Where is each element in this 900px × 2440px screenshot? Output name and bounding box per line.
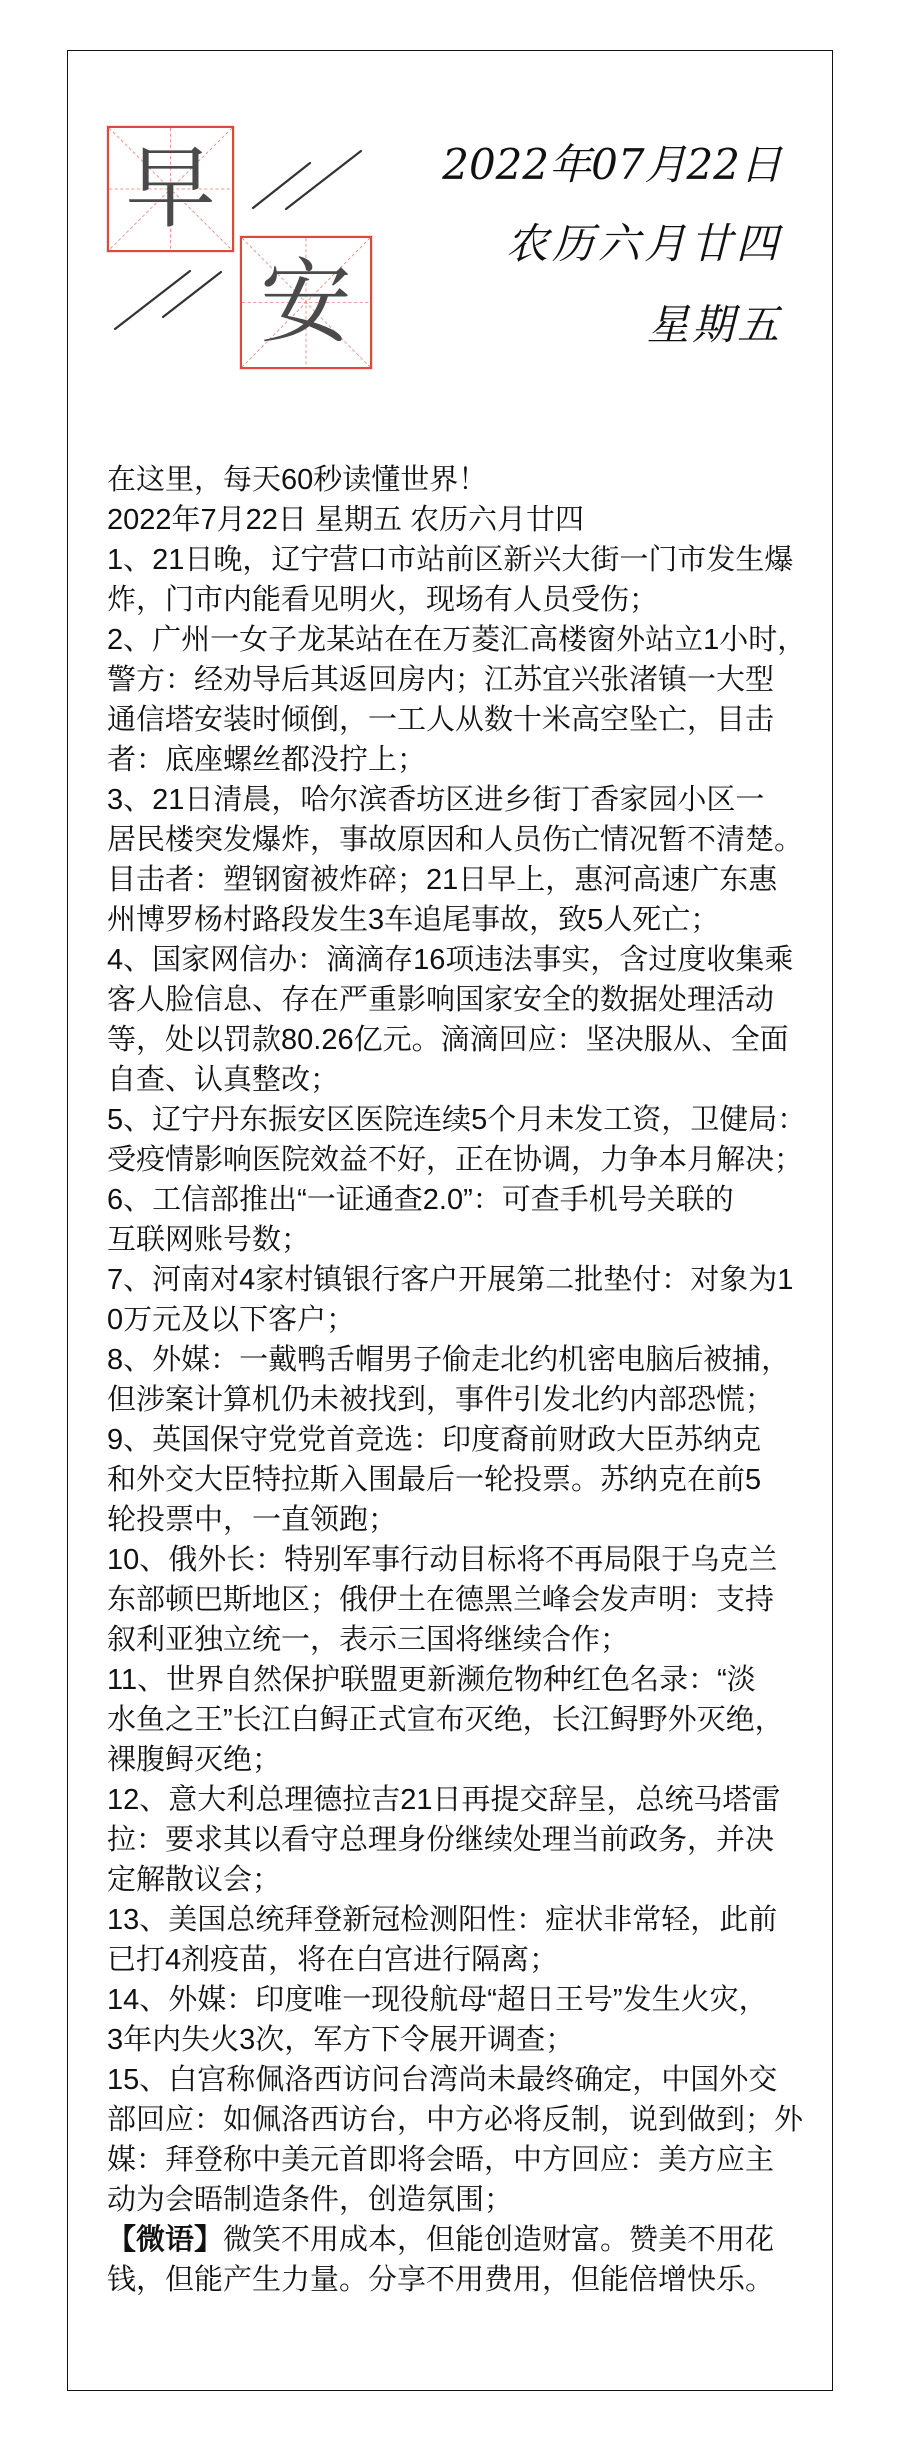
news-item-9: 9、英国保守党党首竞选：印度裔前财政大臣苏纳克 和外交大臣特拉斯入围最后一轮投票… [107, 1420, 806, 1540]
news-line: 叙利亚独立统一，表示三国将继续合作； [107, 1620, 806, 1660]
news-item-6: 6、工信部推出“一证通查2.0”：可查手机号关联的 互联网账号数； [107, 1180, 806, 1260]
news-item-1: 1、21日晚，辽宁营口市站前区新兴大街一门市发生爆 炸，门市内能看见明火，现场有… [107, 540, 806, 620]
news-line: 14、外媒：印度唯一现役航母“超日王号”发生火灾， [107, 1980, 806, 2020]
news-line: 0万元及以下客户； [107, 1300, 806, 1340]
news-item-4: 4、国家网信办：滴滴存16项违法事实，含过度收集乘 客人脸信息、存在严重影响国家… [107, 940, 806, 1100]
news-line: 部回应：如佩洛西访台，中方必将反制，说到做到；外 [107, 2100, 806, 2140]
news-line: 6、工信部推出“一证通查2.0”：可查手机号关联的 [107, 1180, 806, 1220]
news-line: 受疫情影响医院效益不好，正在协调，力争本月解决； [107, 1140, 806, 1180]
news-item-10: 10、俄外长：特别军事行动目标将不再局限于乌克兰 东部顿巴斯地区；俄伊土在德黑兰… [107, 1540, 806, 1660]
news-line: 13、美国总统拜登新冠检测阳性：症状非常轻，此前 [107, 1900, 806, 1940]
news-line: 通信塔安装时倾倒，一工人从数十米高空坠亡，目击 [107, 700, 806, 740]
news-line: 轮投票中，一直领跑； [107, 1500, 806, 1540]
greeting-grid-box-zao: 早 [107, 126, 234, 252]
quote-line: 【微语】微笑不用成本，但能创造财富。赞美不用花 [107, 2220, 806, 2260]
quote-text: 微笑不用成本，但能创造财富。赞美不用花 [223, 2224, 774, 2256]
news-line: 州博罗杨村路段发生3车追尾事故，致5人死亡； [107, 900, 806, 940]
news-item-12: 12、意大利总理德拉吉21日再提交辞呈，总统马塔雷 拉：要求其以看守总理身份继续… [107, 1780, 806, 1900]
news-line: 裸腹鲟灭绝； [107, 1740, 806, 1780]
news-line: 11、世界自然保护联盟更新濒危物种红色名录：“淡 [107, 1660, 806, 1700]
solar-date: 2022年07月22日 [442, 140, 782, 190]
news-line: 目击者：塑钢窗被炸碎；21日早上，惠河高速广东惠 [107, 860, 806, 900]
news-item-3: 3、21日清晨，哈尔滨香坊区进乡街丁香家园小区一 居民楼突发爆炸，事故原因和人员… [107, 780, 806, 940]
news-item-13: 13、美国总统拜登新冠检测阳性：症状非常轻，此前 已打4剂疫苗，将在白宫进行隔离… [107, 1900, 806, 1980]
news-line: 炸，门市内能看见明火，现场有人员受伤； [107, 580, 806, 620]
news-line: 1、21日晚，辽宁营口市站前区新兴大街一门市发生爆 [107, 540, 806, 580]
lunar-date: 农历六月廿四 [506, 219, 782, 269]
news-line: 动为会晤制造条件，创造氛围； [107, 2180, 806, 2220]
news-line: 警方：经劝导后其返回房内；江苏宜兴张渚镇一大型 [107, 660, 806, 700]
news-line: 3年内失火3次，军方下令展开调查； [107, 2020, 806, 2060]
news-item-7: 7、河南对4家村镇银行客户开展第二批垫付：对象为1 0万元及以下客户； [107, 1260, 806, 1340]
intro-line: 在这里，每天60秒读懂世界！ [107, 460, 806, 500]
news-line: 水鱼之王”长江白鲟正式宣布灭绝，长江鲟野外灭绝， [107, 1700, 806, 1740]
weekday: 星期五 [647, 300, 782, 350]
news-line: 东部顿巴斯地区；俄伊土在德黑兰峰会发声明：支持 [107, 1580, 806, 1620]
date-line: 2022年7月22日 星期五 农历六月廿四 [107, 500, 806, 540]
news-line: 居民楼突发爆炸，事故原因和人员伤亡情况暂不清楚。 [107, 820, 806, 860]
news-line: 等，处以罚款80.26亿元。滴滴回应：坚决服从、全面 [107, 1020, 806, 1060]
news-line: 者：底座螺丝都没拧上； [107, 740, 806, 780]
news-item-2: 2、广州一女子龙某站在在万菱汇高楼窗外站立1小时， 警方：经劝导后其返回房内；江… [107, 620, 806, 780]
news-line: 定解散议会； [107, 1860, 806, 1900]
news-line: 已打4剂疫苗，将在白宫进行隔离； [107, 1940, 806, 1980]
news-item-15: 15、白宫称佩洛西访问台湾尚未最终确定，中国外交 部回应：如佩洛西访台，中方必将… [107, 2060, 806, 2220]
news-line: 10、俄外长：特别军事行动目标将不再局限于乌克兰 [107, 1540, 806, 1580]
news-line: 15、白宫称佩洛西访问台湾尚未最终确定，中国外交 [107, 2060, 806, 2100]
news-item-11: 11、世界自然保护联盟更新濒危物种红色名录：“淡 水鱼之王”长江白鲟正式宣布灭绝… [107, 1660, 806, 1780]
news-line: 8、外媒：一戴鸭舌帽男子偷走北约机密电脑后被捕， [107, 1340, 806, 1380]
news-line: 9、英国保守党党首竞选：印度裔前财政大臣苏纳克 [107, 1420, 806, 1460]
news-body: 在这里，每天60秒读懂世界！ 2022年7月22日 星期五 农历六月廿四 1、2… [107, 460, 806, 2300]
news-line: 互联网账号数； [107, 1220, 806, 1260]
news-item-14: 14、外媒：印度唯一现役航母“超日王号”发生火灾， 3年内失火3次，军方下令展开… [107, 1980, 806, 2060]
news-item-8: 8、外媒：一戴鸭舌帽男子偷走北约机密电脑后被捕， 但涉案计算机仍未被找到，事件引… [107, 1340, 806, 1420]
news-line: 7、河南对4家村镇银行客户开展第二批垫付：对象为1 [107, 1260, 806, 1300]
news-line: 但涉案计算机仍未被找到，事件引发北约内部恐慌； [107, 1380, 806, 1420]
greeting-char-an: 安 [242, 238, 370, 367]
news-line: 拉：要求其以看守总理身份继续处理当前政务，并决 [107, 1820, 806, 1860]
greeting-grid-box-an: 安 [240, 236, 372, 369]
daily-quote: 【微语】微笑不用成本，但能创造财富。赞美不用花 钱，但能产生力量。分享不用费用，… [107, 2220, 806, 2300]
news-line: 5、辽宁丹东振安区医院连续5个月未发工资，卫健局： [107, 1100, 806, 1140]
news-line: 3、21日清晨，哈尔滨香坊区进乡街丁香家园小区一 [107, 780, 806, 820]
quote-label: 【微语】 [107, 2224, 223, 2256]
news-line: 媒：拜登称中美元首即将会晤，中方回应：美方应主 [107, 2140, 806, 2180]
news-line: 客人脸信息、存在严重影响国家安全的数据处理活动 [107, 980, 806, 1020]
news-line: 自查、认真整改； [107, 1060, 806, 1100]
news-line: 4、国家网信办：滴滴存16项违法事实，含过度收集乘 [107, 940, 806, 980]
greeting-char-zao: 早 [109, 128, 232, 250]
news-line: 2、广州一女子龙某站在在万菱汇高楼窗外站立1小时， [107, 620, 806, 660]
news-line: 和外交大臣特拉斯入围最后一轮投票。苏纳克在前5 [107, 1460, 806, 1500]
quote-line: 钱，但能产生力量。分享不用费用，但能倍增快乐。 [107, 2260, 806, 2300]
news-line: 12、意大利总理德拉吉21日再提交辞呈，总统马塔雷 [107, 1780, 806, 1820]
news-item-5: 5、辽宁丹东振安区医院连续5个月未发工资，卫健局： 受疫情影响医院效益不好，正在… [107, 1100, 806, 1180]
